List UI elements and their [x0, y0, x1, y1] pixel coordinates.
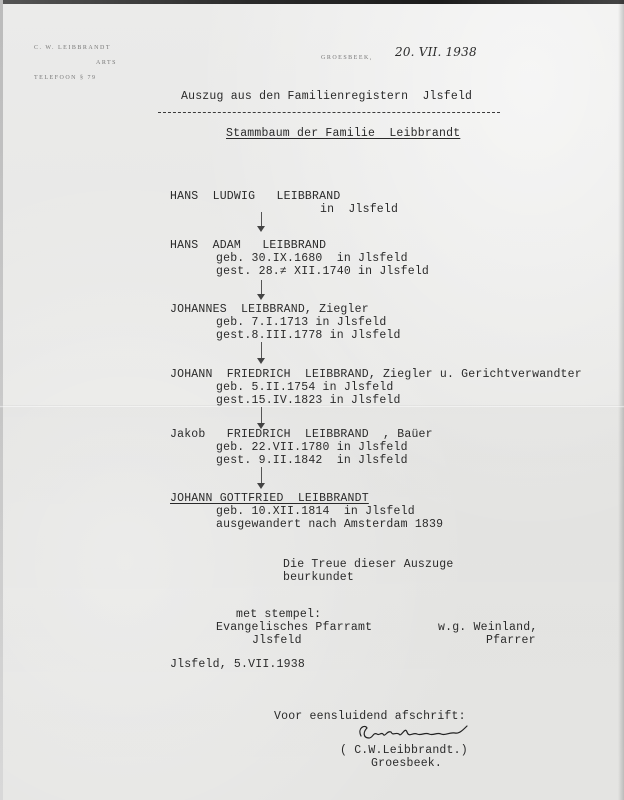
- person-name: JOHANN FRIEDRICH LEIBBRAND, Ziegler u. G…: [170, 368, 582, 381]
- person-death: gest. 9.II.1842 in Jlsfeld: [216, 454, 408, 467]
- person-name: HANS ADAM LEIBBRAND: [170, 239, 326, 252]
- stamp-place: Jlsfeld: [252, 634, 302, 647]
- person-name: JOHANNES LEIBBRAND, Ziegler: [170, 303, 369, 316]
- descent-arrow-icon: [257, 342, 267, 364]
- stamp-office: Evangelisches Pfarramt: [216, 621, 372, 634]
- title-divider: [158, 112, 500, 113]
- person-birth: geb. 22.VII.1780 in Jlsfeld: [216, 441, 408, 454]
- certification-line-1: Die Treue dieser Auszuge: [283, 558, 453, 571]
- certification-line-2: beurkundet: [283, 571, 354, 584]
- copy-place: Groesbeek.: [371, 757, 442, 770]
- paper-top-edge: [0, 0, 624, 4]
- person-name: JOHANN GOTTFRIED LEIBBRANDT: [170, 492, 369, 505]
- letterhead-name: C. W. LEIBBRANDT: [34, 42, 111, 55]
- person-detail: in Jlsfeld: [320, 203, 398, 216]
- document-title: Auszug aus den Familienregistern Jlsfeld: [181, 90, 472, 103]
- document-page: C. W. LEIBBRANDT ARTS TELEFOON § 79 GROE…: [0, 0, 624, 800]
- person-birth: geb. 7.I.1713 in Jlsfeld: [216, 316, 386, 329]
- person-birth: geb. 10.XII.1814 in Jlsfeld: [216, 505, 415, 518]
- person-name: HANS LUDWIG LEIBBRAND: [170, 190, 340, 203]
- document-subtitle: Stammbaum der Familie Leibbrandt: [226, 127, 460, 140]
- letterhead-phone: TELEFOON § 79: [34, 72, 97, 85]
- issue-place-date: Jlsfeld, 5.VII.1938: [170, 658, 305, 671]
- letterhead-place: GROESBEEK,: [321, 52, 373, 65]
- person-death: gest.8.III.1778 in Jlsfeld: [216, 329, 401, 342]
- descent-arrow-icon: [257, 280, 267, 300]
- descent-arrow-icon: [257, 467, 267, 489]
- letterhead-title: ARTS: [96, 57, 117, 70]
- signatory-name: w.g. Weinland,: [438, 621, 537, 634]
- person-death: gest. 28.≠ XII.1740 in Jlsfeld: [216, 265, 429, 278]
- stamp-label: met stempel:: [236, 608, 321, 621]
- descent-arrow-icon: [257, 212, 267, 232]
- signatory-role: Pfarrer: [486, 634, 536, 647]
- person-birth: geb. 5.II.1754 in Jlsfeld: [216, 381, 394, 394]
- copy-signer: ( C.W.Leibbrandt.): [340, 744, 468, 757]
- letterhead-date: 20. VII. 1938: [395, 46, 477, 59]
- person-name: Jakob FRIEDRICH LEIBBRAND , Baüer: [170, 428, 433, 441]
- person-death: gest.15.IV.1823 in Jlsfeld: [216, 394, 401, 407]
- handwritten-signature-icon: [355, 722, 475, 744]
- person-emigration: ausgewandert nach Amsterdam 1839: [216, 518, 443, 531]
- person-birth: geb. 30.IX.1680 in Jlsfeld: [216, 252, 408, 265]
- descent-arrow-icon: [257, 407, 267, 429]
